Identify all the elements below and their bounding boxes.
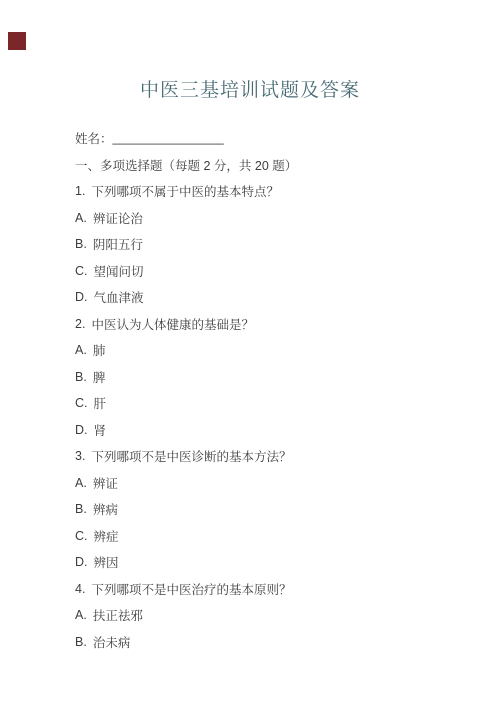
option-row: D. 肾 xyxy=(75,416,460,443)
option-text: 肾 xyxy=(94,421,107,439)
option-row: A. 辨证论治 xyxy=(75,204,460,231)
option-row: A. 扶正祛邪 xyxy=(75,602,460,629)
option-text: 肺 xyxy=(93,341,106,359)
option-letter: D. xyxy=(75,555,88,569)
option-row: A. 肺 xyxy=(75,337,460,364)
name-blank-line: ________________ xyxy=(113,131,224,145)
option-letter: B. xyxy=(75,237,87,251)
option-row: B. 脾 xyxy=(75,363,460,390)
option-row: D. 辨因 xyxy=(75,549,460,576)
option-text: 辨证 xyxy=(93,474,118,492)
question-text: 2. 中医认为人体健康的基础是？ xyxy=(75,310,460,337)
option-text: 脾 xyxy=(93,368,106,386)
option-row: C. 望闻问切 xyxy=(75,257,460,284)
question-text: 4. 下列哪项不是中医治疗的基本原则？ xyxy=(75,575,460,602)
option-letter: A. xyxy=(75,476,87,490)
option-letter: A. xyxy=(75,608,87,622)
document-page: 中医三基培训试题及答案 姓名： ________________ 一、多项选择题… xyxy=(0,0,500,707)
name-label: 姓名： xyxy=(75,129,113,147)
option-letter: A. xyxy=(75,211,87,225)
option-text: 气血津液 xyxy=(94,288,144,306)
section-heading: 一、多项选择题（每题 2 分，共 20 题） xyxy=(75,151,460,178)
option-text: 肝 xyxy=(94,394,107,412)
name-field-row: 姓名： ________________ xyxy=(75,125,460,152)
option-letter: B. xyxy=(75,370,87,384)
corner-logo-mark xyxy=(8,32,26,50)
option-text: 辨证论治 xyxy=(93,209,143,227)
option-row: C. 肝 xyxy=(75,390,460,417)
option-letter: C. xyxy=(75,529,88,543)
option-row: B. 阴阳五行 xyxy=(75,231,460,258)
option-letter: D. xyxy=(75,290,88,304)
option-text: 扶正祛邪 xyxy=(93,606,143,624)
option-letter: C. xyxy=(75,396,88,410)
option-text: 辨因 xyxy=(94,553,119,571)
question-number: 3. xyxy=(75,449,85,463)
option-text: 阴阳五行 xyxy=(93,235,143,253)
question-text: 1. 下列哪项不属于中医的基本特点？ xyxy=(75,178,460,205)
option-text: 辨症 xyxy=(94,527,119,545)
page-title: 中医三基培训试题及答案 xyxy=(0,0,500,103)
option-row: B. 辨病 xyxy=(75,496,460,523)
option-row: A. 辨证 xyxy=(75,469,460,496)
option-row: C. 辨症 xyxy=(75,522,460,549)
option-text: 辨病 xyxy=(93,500,118,518)
question-number: 1. xyxy=(75,184,85,198)
question-number: 4. xyxy=(75,582,85,596)
option-letter: B. xyxy=(75,635,87,649)
option-text: 治未病 xyxy=(93,633,131,651)
option-letter: D. xyxy=(75,423,88,437)
option-letter: A. xyxy=(75,343,87,357)
option-letter: B. xyxy=(75,502,87,516)
option-text: 望闻问切 xyxy=(94,262,144,280)
question-number: 2. xyxy=(75,317,85,331)
option-letter: C. xyxy=(75,264,88,278)
document-body: 姓名： ________________ 一、多项选择题（每题 2 分，共 20… xyxy=(75,125,460,655)
option-row: D. 气血津液 xyxy=(75,284,460,311)
option-row: B. 治未病 xyxy=(75,628,460,655)
question-text: 3. 下列哪项不是中医诊断的基本方法？ xyxy=(75,443,460,470)
